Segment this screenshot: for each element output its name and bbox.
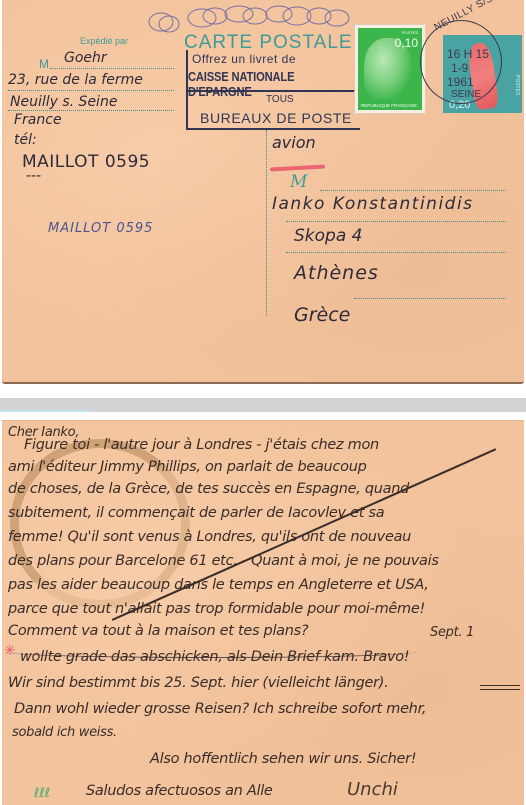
sender-tel-value: MAILLOT 0595 bbox=[22, 152, 150, 172]
recipient-name: Ianko Konstantinidis bbox=[272, 194, 474, 214]
letter-line-9: parce que tout n'allait pas trop formida… bbox=[8, 601, 425, 617]
sender-name: Goehr bbox=[64, 50, 107, 66]
bravo-underline bbox=[480, 685, 520, 690]
letter-line-2: Figure toi - l'autre jour à Londres - j'… bbox=[24, 437, 379, 453]
letter-line-3: ami l'éditeur Jimmy Phillips, on parlait… bbox=[8, 459, 366, 475]
postmark-dept: SEINE bbox=[451, 89, 481, 100]
postmark-year: 1961 bbox=[447, 75, 474, 89]
slogan-cancellation: CARTE POSTALE Offrez un livret de CAISSE… bbox=[184, 32, 362, 132]
sender-rule-1 bbox=[50, 68, 174, 69]
signature: Unchi bbox=[347, 779, 398, 800]
green-scribble: ℓℓℓ bbox=[34, 786, 50, 801]
slogan-line-3: TOUS bbox=[266, 94, 294, 105]
letter-line-6: femme! Qu'il sont venus à Londres, qu'il… bbox=[8, 529, 411, 545]
recipient-city: Athènes bbox=[294, 262, 379, 284]
letter-line-5: subitement, il commençait de parler de I… bbox=[8, 505, 384, 521]
sender-street: 23, rue de la ferme bbox=[8, 72, 143, 88]
recipient-street: Skopa 4 bbox=[294, 226, 362, 246]
postmark: NEUILLY S/SEINE PPAL 16 H 15 1-9 1961 SE… bbox=[420, 20, 502, 104]
sender-m-prefix: M bbox=[39, 57, 49, 71]
green-stamp-country: REPUBLIQUE FRANÇAISE bbox=[361, 103, 417, 108]
letter-line-15: Also hoffentlich sehen wir uns. Sicher! bbox=[150, 751, 416, 767]
letter-line-12: Wir sind bestimmt bis 25. Sept. hier (vi… bbox=[8, 675, 388, 691]
sender-tel-underline: --- bbox=[26, 168, 41, 184]
red-asterisk-icon: ✳ bbox=[4, 643, 16, 659]
pencil-phone-note: MAILLOT 0595 bbox=[48, 221, 153, 236]
sender-city: Neuilly s. Seine bbox=[10, 94, 117, 110]
letter-line-10: Comment va tout à la maison et tes plans… bbox=[8, 623, 308, 639]
postcard-back: Cher Ianko, Figure toi - l'autre jour à … bbox=[2, 420, 524, 805]
postmark-date: 1-9 bbox=[451, 61, 468, 75]
airmail-note: avion bbox=[272, 133, 316, 152]
sender-label: Expédié par bbox=[80, 36, 128, 46]
letter-line-14: sobald ich weiss. bbox=[12, 725, 117, 740]
sender-rule-2 bbox=[8, 90, 174, 91]
green-stamp-value: 0,10 bbox=[395, 36, 418, 50]
green-stamp: POSTES 0,10 REPUBLIQUE FRANÇAISE bbox=[355, 25, 425, 113]
postmark-town: NEUILLY S/SEINE PPAL bbox=[432, 0, 526, 33]
address-divider bbox=[266, 130, 267, 316]
sender-country: France bbox=[14, 112, 62, 128]
recipient-rule-3 bbox=[286, 252, 506, 253]
letter-line-16: Saludos afectuosos an Alle bbox=[86, 783, 273, 799]
letter-line-4: de choses, de la Grèce, de tes succès en… bbox=[8, 481, 409, 497]
slogan-line-2: CAISSE NATIONALE D'EPARGNE bbox=[188, 69, 338, 99]
recipient-rule-4 bbox=[354, 298, 506, 299]
sender-tel-label: tél: bbox=[14, 132, 37, 148]
recipient-country: Grèce bbox=[294, 304, 350, 326]
postcard-front: Expédié par M Goehr 23, rue de la ferme … bbox=[2, 0, 524, 384]
recipient-m-prefix: M bbox=[290, 172, 307, 192]
letter-line-8: pas les aider beaucoup dans le temps en … bbox=[8, 577, 429, 593]
letter-line-7: des plans pour Barcelone 61 etc. - Quant… bbox=[8, 553, 439, 569]
date-note: Sept. 1 bbox=[430, 625, 474, 640]
separator-band bbox=[0, 398, 526, 412]
letter-line-13: Dann wohl wieder grosse Reisen? Ich schr… bbox=[14, 701, 426, 717]
green-stamp-postes: POSTES bbox=[402, 30, 418, 35]
recipient-rule-1 bbox=[320, 190, 506, 191]
postmark-time: 16 H 15 bbox=[447, 47, 489, 61]
letter-line-11: wollte grade das abschicken, als Dein Br… bbox=[20, 649, 409, 665]
slogan-line-4: BUREAUX DE POSTE bbox=[200, 110, 352, 126]
blue-stamp-postes: POSTES bbox=[514, 75, 520, 95]
sender-rule-3 bbox=[8, 110, 174, 111]
slogan-line-1: Offrez un livret de bbox=[192, 52, 296, 66]
airmail-red-underline bbox=[270, 165, 325, 172]
recipient-rule-2 bbox=[286, 221, 506, 222]
